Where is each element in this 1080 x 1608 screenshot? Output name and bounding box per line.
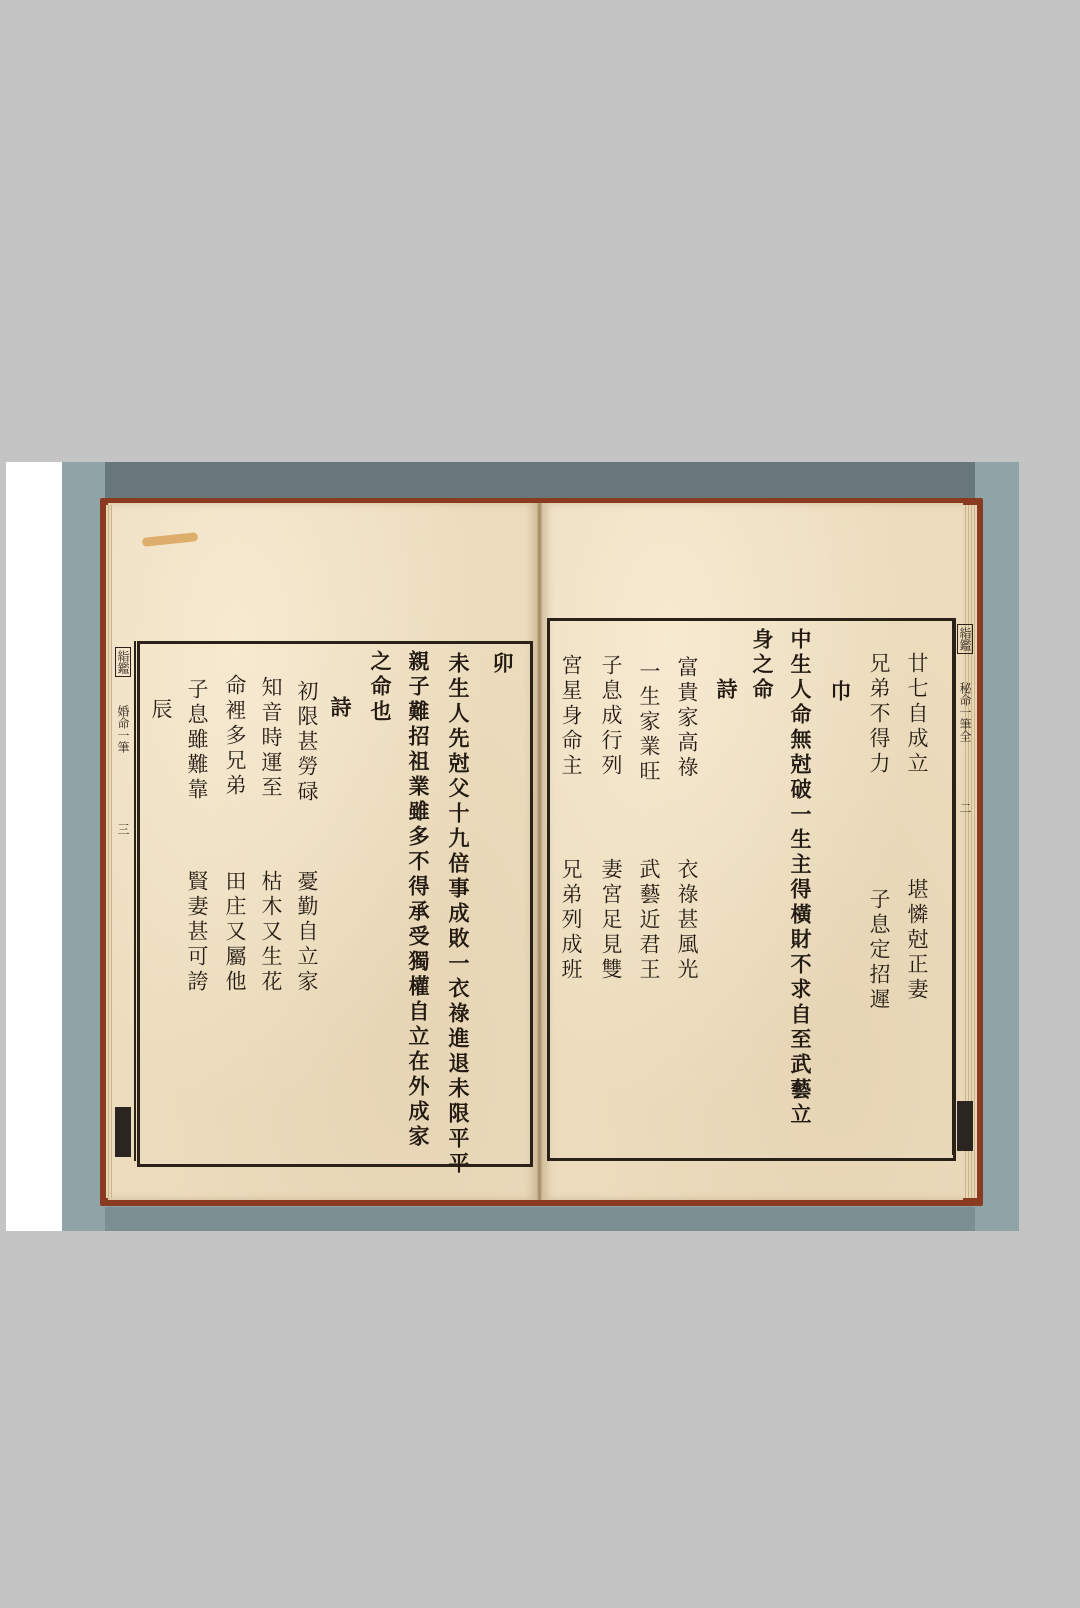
left-margin-book-title: 婚命一筆	[117, 705, 129, 753]
left-col-3: 親子難招祖業雖多不得承受獨權自立在外成家	[408, 650, 429, 1150]
left-margin-page-number: 三	[117, 823, 129, 835]
left-col-14: 辰	[150, 698, 171, 723]
right-margin-title: 𥿻鑑	[957, 624, 973, 654]
right-col-5: 巾	[830, 680, 851, 705]
left-col-9: 枯木又生花	[260, 870, 281, 995]
left-margin-column: 𥿻鑑 婚命一筆 三	[112, 641, 136, 1161]
right-col-7: 身之命	[752, 628, 773, 703]
left-col-7: 憂勤自立家	[296, 870, 317, 995]
right-col-2: 堪憐尅正妻	[906, 878, 927, 1003]
book-gutter	[537, 503, 542, 1200]
left-margin-black-mark	[115, 1107, 131, 1157]
left-col-10: 命裡多兄弟	[224, 674, 245, 799]
right-margin-black-mark	[957, 1101, 973, 1151]
right-col-14: 妻宮足見雙	[600, 858, 621, 983]
left-col-5: 詩	[330, 696, 351, 721]
left-col-1: 卯	[492, 652, 513, 677]
right-margin-book-title: 秘命一筆全	[959, 682, 971, 742]
left-margin-title: 𥿻鑑	[115, 647, 131, 677]
right-col-10: 衣祿甚風光	[676, 858, 697, 983]
left-col-2: 未生人先尅父十九倍事成敗一衣祿進退未限平平	[448, 652, 469, 1177]
right-col-11: 一生家業旺	[638, 660, 659, 785]
right-col-8: 詩	[716, 678, 737, 703]
right-col-15: 宮星身命主	[560, 654, 581, 779]
left-col-4: 之命也	[370, 650, 391, 725]
right-col-3: 兄弟不得力	[868, 652, 889, 777]
left-col-12: 子息雖難靠	[186, 678, 207, 803]
right-margin-column: 𥿻鑑 秘命一筆全 二	[952, 618, 976, 1155]
right-col-9: 富貴家高祿	[676, 656, 697, 781]
right-col-12: 武藝近君王	[638, 858, 659, 983]
left-col-11: 田庄又屬他	[224, 870, 245, 995]
left-col-6: 初限甚勞碌	[296, 680, 317, 805]
book-shadow-bottom	[105, 1207, 975, 1231]
right-col-1: 廿七自成立	[906, 652, 927, 777]
left-col-8: 知音時運至	[260, 676, 281, 801]
right-col-6: 中生人命無尅破一生主得橫財不求自至武藝立	[790, 628, 811, 1128]
right-margin-page-number: 二	[959, 802, 971, 814]
right-col-16: 兄弟列成班	[560, 858, 581, 983]
right-col-4: 子息定招遲	[868, 888, 889, 1013]
right-col-13: 子息成行列	[600, 654, 621, 779]
left-col-13: 賢妻甚可誇	[186, 870, 207, 995]
